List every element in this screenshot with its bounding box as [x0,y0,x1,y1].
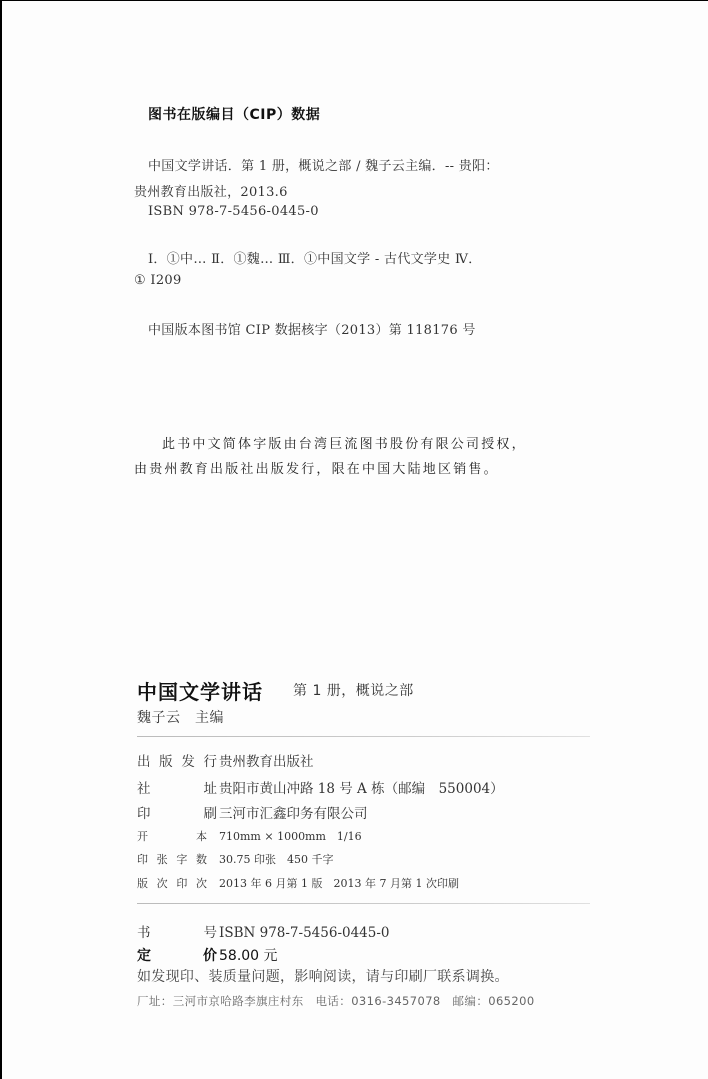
imprint-value: 贵阳市黄山冲路 18 号 A 栋（邮编 550004） [219,777,504,797]
cip-record-number: 中国版本图书馆 CIP 数据核字（2013）第 118176 号 [148,319,476,338]
factory-info: 厂址：三河市京哈路李旗庄村东 电话：0316-3457078 邮编：065200 [137,993,535,1009]
imprint-value: 30.75 印张 450 千字 [219,851,333,867]
imprint-row-price: 定价 58.00 元 [137,945,278,965]
imprint-label: 开本 [137,828,207,844]
imprint-value: 贵州教育出版社 [219,750,314,770]
imprint-label: 版次印次 [137,875,207,891]
page-border-left [0,0,2,1079]
license-line-1: 此书中文简体字版由台湾巨流图书股份有限公司授权， [162,433,527,452]
divider-bottom [137,903,590,904]
cip-line-1: 中国文学讲话．第 1 册，概说之部 / 魏子云主编．-- 贵阳： [148,155,499,174]
imprint-row-format: 开本 710mm × 1000mm 1/16 [137,828,362,844]
book-subtitle: 第 1 册，概说之部 [293,680,414,700]
cip-line-2: 贵州教育出版社，2013.6 [134,181,288,200]
cip-isbn: ISBN 978-7-5456-0445-0 [148,204,319,219]
quality-notice: 如发现印、装质量问题，影响阅读，请与印刷厂联系调换。 [137,966,509,986]
imprint-label: 出版发行 [137,750,217,770]
imprint-label: 社址 [137,777,217,797]
divider-top [137,736,590,737]
imprint-row-edition: 版次印次 2013 年 6 月第 1 版 2013 年 7 月第 1 次印刷 [137,875,459,891]
imprint-label: 印张字数 [137,851,207,867]
book-editor: 魏子云 主编 [137,707,224,727]
price-value: 58.00 元 [219,945,278,965]
imprint-row-printer: 印刷 三河市汇鑫印务有限公司 [137,802,368,822]
page-border-top [0,0,708,1]
imprint-value: 2013 年 6 月第 1 版 2013 年 7 月第 1 次印刷 [219,875,459,891]
imprint-row-sheets-words: 印张字数 30.75 印张 450 千字 [137,851,333,867]
imprint-label: 书号 [137,921,217,941]
imprint-label: 定价 [137,945,217,965]
imprint-row-isbn: 书号 ISBN 978-7-5456-0445-0 [137,921,390,941]
cip-heading: 图书在版编目（CIP）数据 [148,104,320,124]
imprint-value: 三河市汇鑫印务有限公司 [219,802,368,822]
cip-classification-code: ① I209 [134,273,182,288]
imprint-value: 710mm × 1000mm 1/16 [219,828,362,844]
imprint-row-publisher: 出版发行 贵州教育出版社 [137,750,314,770]
imprint-row-address: 社址 贵阳市黄山冲路 18 号 A 栋（邮编 550004） [137,777,504,797]
book-title: 中国文学讲话 [137,676,263,705]
cip-classification: Ⅰ．①中… Ⅱ．①魏… Ⅲ．①中国文学 - 古代文学史 Ⅳ． [148,248,482,267]
license-line-2: 由贵州教育出版社出版发行，限在中国大陆地区销售。 [134,458,499,477]
imprint-label: 印刷 [137,802,217,822]
isbn-value: ISBN 978-7-5456-0445-0 [219,925,390,941]
